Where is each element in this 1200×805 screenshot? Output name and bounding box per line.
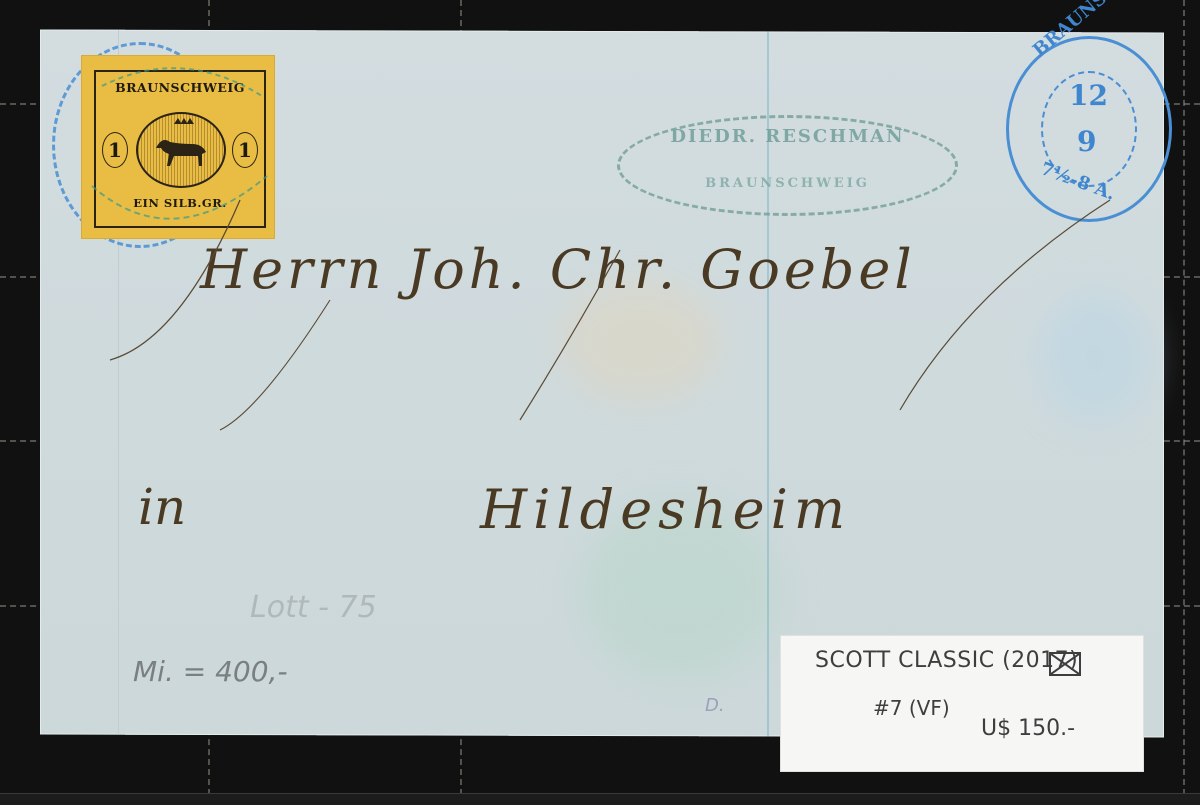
pencil-corner-mark: D.: [705, 695, 725, 716]
postmark-day: 12: [1069, 79, 1108, 112]
pencil-note-faint: Lott - 75: [250, 590, 377, 625]
stock-page-edge: [0, 793, 1200, 805]
cachet-line1: DIEDR. RESCHMAN: [620, 126, 955, 147]
address-line2-prefix: in: [138, 478, 186, 536]
postmark-town: BRAUNSCHW.: [1029, 0, 1153, 61]
postmark-month: 9: [1077, 125, 1096, 158]
address-city: Hildesheim: [480, 478, 851, 541]
cachet-line2: BRAUNSCHWEIG: [620, 176, 955, 191]
label-catalog: SCOTT CLASSIC (2017): [815, 648, 1078, 673]
label-price: U$ 150.-: [981, 716, 1075, 741]
dealer-label: SCOTT CLASSIC (2017) #7 (VF) U$ 150.-: [781, 636, 1143, 771]
label-catalog-number: #7 (VF): [873, 696, 950, 720]
script-flourish-icon: [100, 190, 1150, 450]
stock-grid-line: [1183, 0, 1185, 805]
envelope-cross-icon: [1049, 652, 1081, 676]
pencil-catalog-value: Mi. = 400,-: [133, 655, 288, 688]
